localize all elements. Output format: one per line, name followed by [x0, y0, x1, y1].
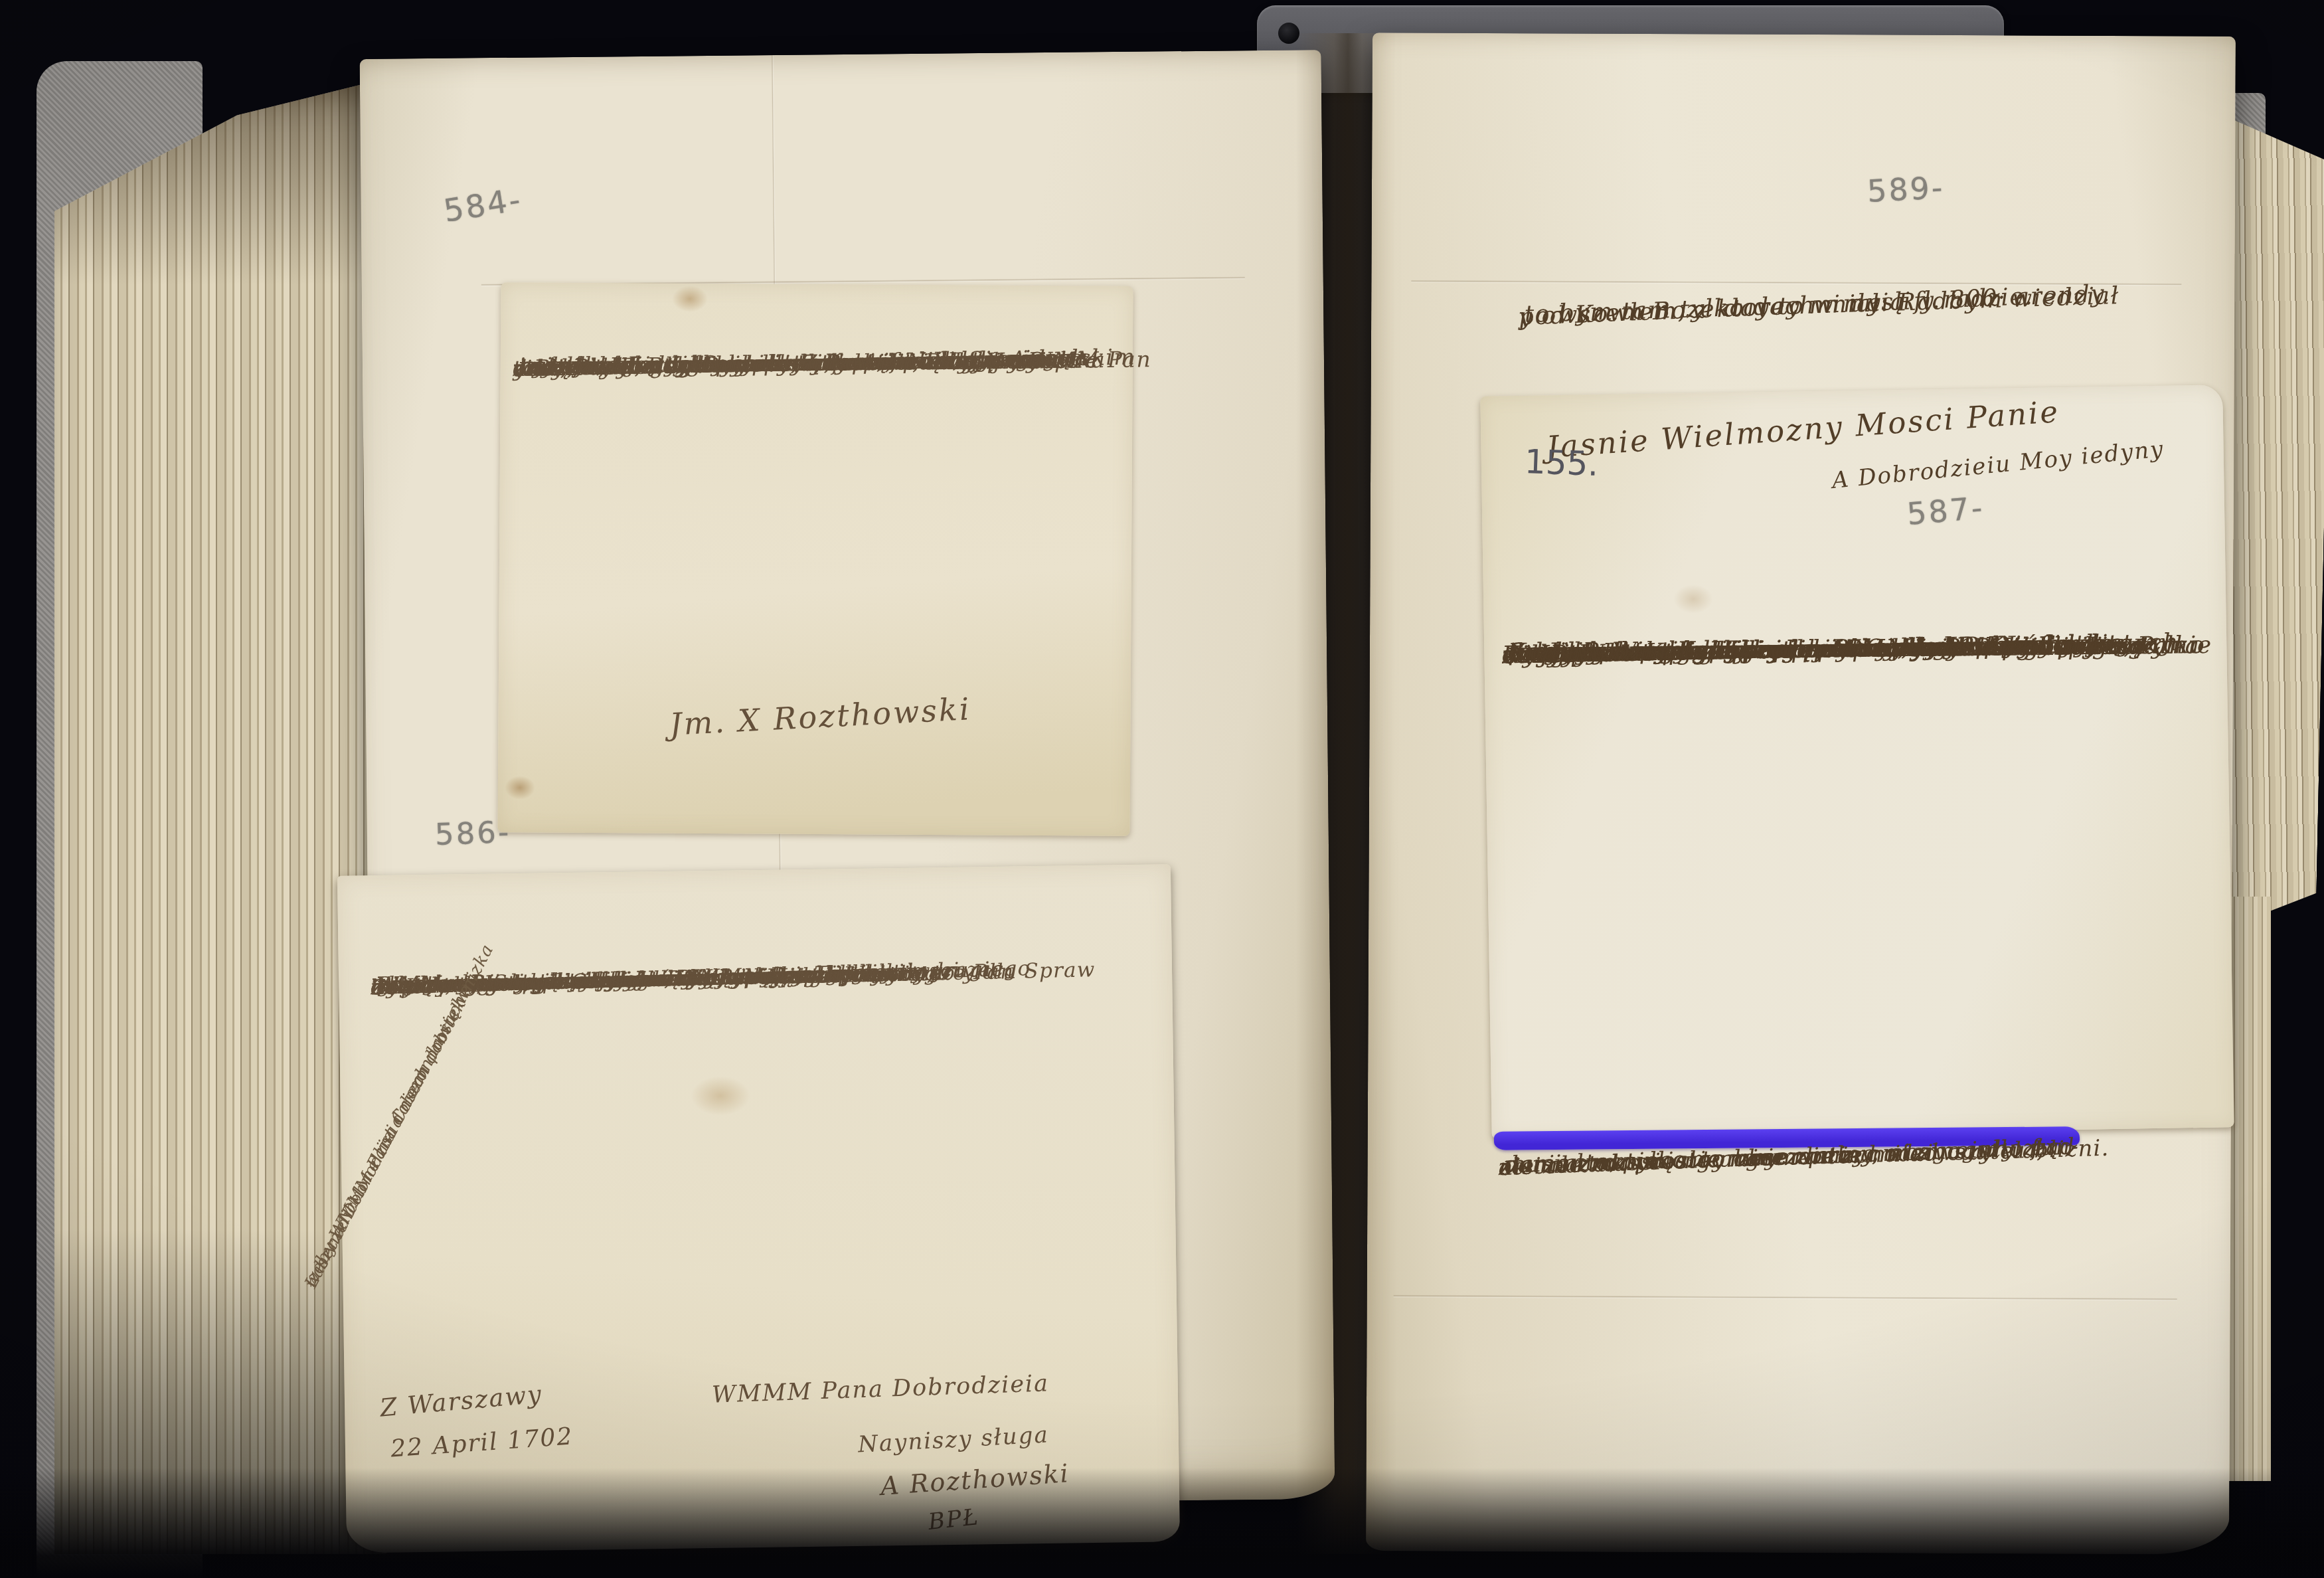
pencil-folio-589: 589-: [1867, 169, 1946, 209]
bracket-screw-hole: [1278, 23, 1299, 44]
ink-item-number-155: 155.: [1524, 442, 1599, 483]
pasted-letter-right: [1480, 385, 2234, 1138]
page-crease: [1394, 1294, 2177, 1301]
photo-scene: 584- wac, ale P. Boga prosie, a o sposob…: [0, 0, 2324, 1578]
pencil-folio-586: 586-: [434, 814, 511, 852]
closing-flourish: BPŁ: [927, 1504, 980, 1535]
pencil-folio-587: 587-: [1906, 489, 1986, 532]
page-stack-left: [54, 78, 386, 1554]
